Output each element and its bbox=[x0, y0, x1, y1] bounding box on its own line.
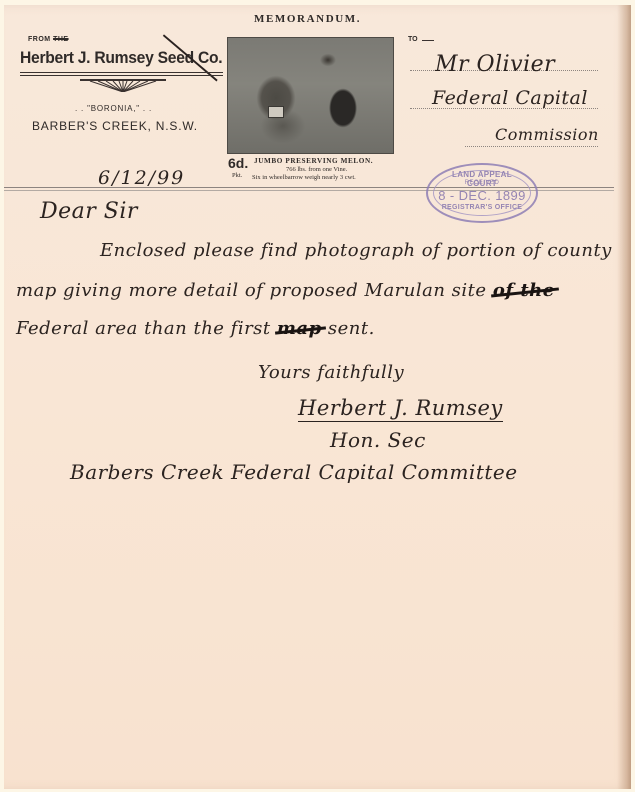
stamp-bottom-text: REGISTRAR'S OFFICE bbox=[438, 204, 526, 211]
company-name-text: Herbert J. Rumsey bbox=[20, 48, 154, 67]
from-struck-text: THE bbox=[53, 36, 69, 43]
memorandum-title: MEMORANDUM. bbox=[254, 13, 361, 25]
received-stamp: LAND APPEAL COURT RECEIVED 8 - DEC. 1899… bbox=[426, 163, 538, 223]
from-label: FROM THE bbox=[28, 36, 69, 43]
addressee-line2: Federal Capital bbox=[432, 87, 588, 109]
letter-body-line2: map giving more detail of proposed Marul… bbox=[16, 280, 555, 301]
letter-body-line1: Enclosed please find photograph of porti… bbox=[100, 240, 612, 261]
advert-price: 6d. bbox=[228, 155, 248, 171]
estate-name: . . "BORONIA," . . bbox=[75, 104, 152, 113]
addressee-line3: Commission bbox=[495, 125, 599, 144]
torn-paper-edge bbox=[617, 5, 631, 789]
letter-body-line3: Federal area than the first map sent. bbox=[16, 318, 375, 339]
town-address: BARBER'S CREEK, N.S.W. bbox=[32, 119, 198, 133]
company-rule-thin bbox=[20, 75, 223, 76]
advert-unit: Pkt. bbox=[232, 172, 242, 179]
advert-caption-line2: Six in wheelbarrow weigh nearly 3 cwt. bbox=[252, 174, 356, 181]
letter-closing: Yours faithfully bbox=[258, 362, 404, 383]
letter-date: 6/12/99 bbox=[98, 167, 185, 189]
stamp-received-text: RECEIVED bbox=[438, 180, 526, 186]
photo-sign bbox=[268, 106, 284, 118]
letter-body-line3-struck: map bbox=[277, 318, 322, 339]
letter-body-line2-text: map giving more detail of proposed Marul… bbox=[16, 280, 487, 301]
company-struck-text: Seed Co. bbox=[158, 48, 223, 67]
advert-product-title: JUMBO PRESERVING MELON. bbox=[254, 157, 373, 165]
from-text: FROM bbox=[28, 36, 51, 43]
company-rule bbox=[20, 72, 223, 73]
committee-name: Barbers Creek Federal Capital Committee bbox=[70, 460, 518, 484]
letter-body-line3-end: sent. bbox=[328, 318, 375, 339]
sunburst-ornament-icon bbox=[80, 78, 166, 92]
address-dotted-line-3 bbox=[465, 146, 598, 147]
letter-body-line2-struck: of the bbox=[493, 280, 555, 301]
signatory-title: Hon. Sec bbox=[330, 428, 426, 452]
company-name: Herbert J. Rumsey Seed Co. bbox=[20, 48, 222, 68]
letter-signature: Herbert J. Rumsey bbox=[298, 396, 503, 422]
stamp-date: 8 - DEC. 1899 bbox=[438, 188, 526, 203]
letter-body-line3-text: Federal area than the first bbox=[16, 318, 271, 339]
to-dash bbox=[422, 40, 434, 41]
melon-wheelbarrow-photo bbox=[227, 37, 394, 154]
advert-caption-line1: 766 lbs. from one Vine. bbox=[286, 166, 347, 173]
to-label: TO bbox=[408, 36, 418, 43]
addressee-name: Mr Olivier bbox=[435, 52, 555, 77]
letter-greeting: Dear Sir bbox=[40, 199, 138, 224]
